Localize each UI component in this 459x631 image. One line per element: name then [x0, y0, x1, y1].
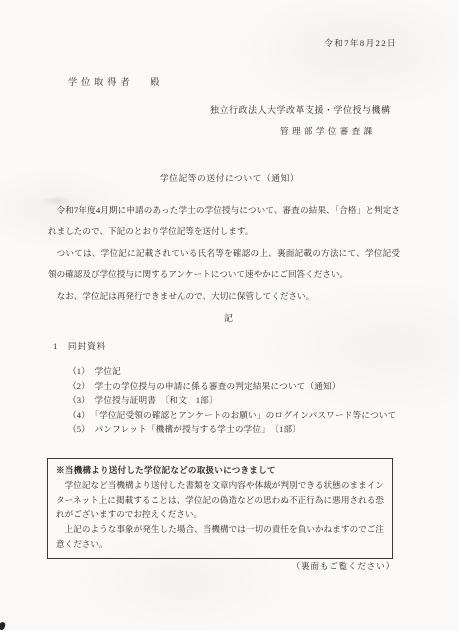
enclosure-item: （4） 「学位記受領の確認とアンケートのお願い」のログインパスワード等について	[68, 408, 396, 423]
scanned-letter-page: 令和7年8月22日 学 位 取 得 者 殿 独立行政法人大学改革支援・学位授与機…	[0, 0, 459, 631]
letter-date: 令和7年8月22日	[324, 37, 397, 49]
body-paragraph: ついては、学位記に記載されている氏名等を確認の上、裏面記載の方法にて、学位記受領…	[48, 243, 400, 286]
body-paragraph: なお、学位記は再発行できませんので、大切に保管してください。	[48, 286, 400, 307]
scan-artifact-speck	[0, 621, 6, 630]
sender-organization: 独立行政法人大学改革支援・学位授与機構	[210, 103, 391, 116]
footer-note: （裏面もご覧ください）	[292, 560, 395, 572]
sender-department: 管 理 部 学 位 審 査 課	[280, 125, 373, 137]
notice-box-heading: ※当機構より送付した学位記などの取扱いにつきまして	[56, 463, 384, 478]
enclosures-heading: 1 同封資料	[53, 340, 106, 352]
letter-body: 令和7年度4月期に申請のあった学士の学位授与について、審査の結果、「合格」と判定…	[48, 200, 400, 307]
record-marker: 記	[0, 311, 459, 324]
enclosure-item: （3） 学位授与証明書 〔和文 1部〕	[68, 393, 396, 408]
enclosures-list: （1） 学位記 （2） 学士の学位授与の申請に係る審査の判定結果について（通知）…	[68, 364, 396, 437]
notice-box-paragraph: 学位記など当機構より送付した書類を文章内容や体裁が判別できる状態のままインターネ…	[56, 478, 384, 522]
notice-box: ※当機構より送付した学位記などの取扱いにつきまして 学位記など当機構より送付した…	[47, 458, 393, 559]
addressee-line: 学 位 取 得 者 殿	[68, 74, 160, 88]
enclosure-item: （1） 学位記	[68, 364, 396, 379]
notice-box-paragraph: 上記のような事象が発生した場合、当機構では一切の責任を負いかねますのでご注意くだ…	[56, 522, 384, 552]
enclosure-item: （5） パンフレット「機構が授与する学士の学位」 〔1部〕	[68, 422, 396, 437]
letter-title: 学位記等の送付について（通知）	[0, 171, 459, 184]
body-paragraph: 令和7年度4月期に申請のあった学士の学位授与について、審査の結果、「合格」と判定…	[48, 200, 400, 243]
enclosure-item: （2） 学士の学位授与の申請に係る審査の判定結果について（通知）	[68, 379, 396, 394]
